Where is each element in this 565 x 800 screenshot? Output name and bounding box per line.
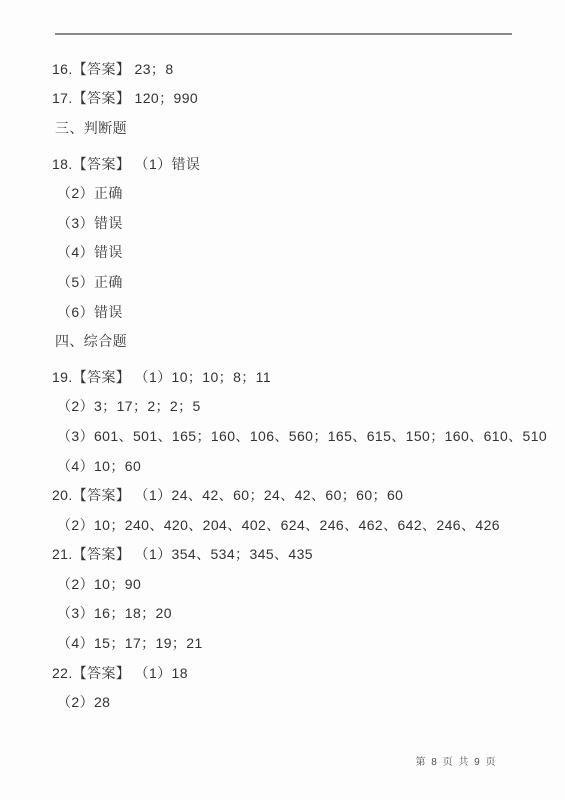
answer-line-19-2: （2）3；17；2；2；5 xyxy=(52,392,535,422)
answer-line-18: 18.【答案】 （1）错误 xyxy=(52,149,535,179)
answer-line-21-3: （3）16；18；20 xyxy=(52,599,535,629)
answer-line-19: 19.【答案】 （1）10；10；8；11 xyxy=(52,362,535,392)
answer-line-19-3: （3）601、501、165；160、106、560；165、615、150；1… xyxy=(52,421,535,451)
answer-line-18-4: （4）错误 xyxy=(52,238,535,268)
answers-content: 16.【答案】 23；8 17.【答案】 120；990 三、判断题 18.【答… xyxy=(52,54,535,717)
section-heading-3: 三、判断题 xyxy=(52,113,535,143)
answer-line-20-2: （2）10；240、420、204、402、624、246、462、642、24… xyxy=(52,510,535,540)
answer-line-17: 17.【答案】 120；990 xyxy=(52,84,535,114)
document-page: 16.【答案】 23；8 17.【答案】 120；990 三、判断题 18.【答… xyxy=(0,0,565,800)
answer-line-21-4: （4）15；17；19；21 xyxy=(52,628,535,658)
page-number: 第 8 页 共 9 页 xyxy=(415,753,497,768)
answer-line-18-3: （3）错误 xyxy=(52,208,535,238)
answer-line-19-4: （4）10；60 xyxy=(52,451,535,481)
answer-line-16: 16.【答案】 23；8 xyxy=(52,54,535,84)
answer-line-21-2: （2）10；90 xyxy=(52,569,535,599)
answer-line-18-6: （6）错误 xyxy=(52,297,535,327)
answer-line-20: 20.【答案】 （1）24、42、60；24、42、60；60；60 xyxy=(52,480,535,510)
header-divider xyxy=(55,33,512,35)
answer-line-18-2: （2）正确 xyxy=(52,178,535,208)
answer-line-22-2: （2）28 xyxy=(52,687,535,717)
answer-line-21: 21.【答案】 （1）354、534；345、435 xyxy=(52,540,535,570)
answer-line-22: 22.【答案】 （1）18 xyxy=(52,658,535,688)
section-heading-4: 四、综合题 xyxy=(52,326,535,356)
answer-line-18-5: （5）正确 xyxy=(52,267,535,297)
